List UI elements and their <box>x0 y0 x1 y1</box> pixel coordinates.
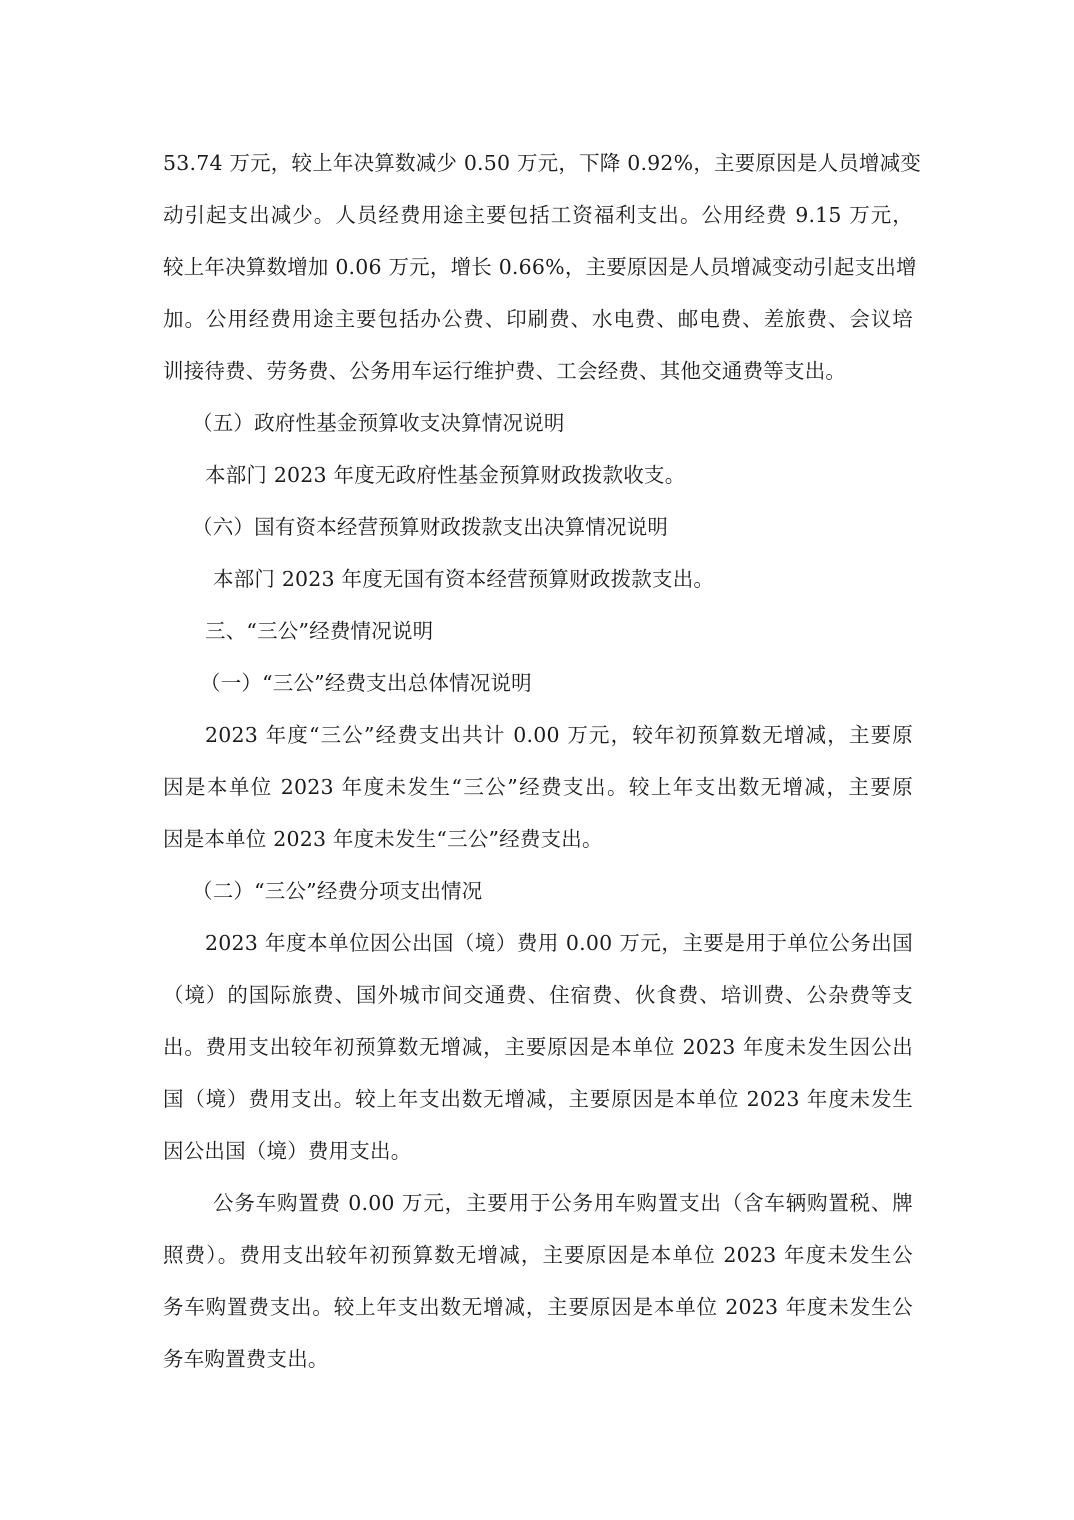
paragraph-line: 国（境）费用支出。较上年支出数无增减，主要原因是本单位 2023 年度未发生 <box>163 1084 913 1114</box>
paragraph-line: 照费）。费用支出较年初预算数无增减，主要原因是本单位 2023 年度未发生公 <box>163 1240 913 1270</box>
paragraph-line: 因是本单位 2023 年度未发生“三公”经费支出。 <box>163 824 913 854</box>
heading-line: （二）“三公”经费分项支出情况 <box>192 876 913 906</box>
paragraph-line: 公务车购置费 0.00 万元，主要用于公务用车购置支出（含车辆购置税、牌 <box>213 1188 913 1218</box>
heading-line: （一）“三公”经费支出总体情况说明 <box>200 668 913 698</box>
heading-line: （六）国有资本经营预算财政拨款支出决算情况说明 <box>192 512 913 542</box>
paragraph-line: 因是本单位 2023 年度未发生“三公”经费支出。较上年支出数无增减，主要原 <box>163 772 913 802</box>
paragraph-line: 出。费用支出较年初预算数无增减，主要原因是本单位 2023 年度未发生因公出 <box>163 1032 913 1062</box>
paragraph-line: 本部门 2023 年度无国有资本经营预算财政拨款支出。 <box>213 564 913 594</box>
heading-line: （五）政府性基金预算收支决算情况说明 <box>192 408 913 438</box>
paragraph-line: 本部门 2023 年度无政府性基金预算财政拨款收支。 <box>205 460 913 490</box>
paragraph-line: 动引起支出减少。人员经费用途主要包括工资福利支出。公用经费 9.15 万元， <box>163 200 913 230</box>
paragraph-line: 加。公用经费用途主要包括办公费、印刷费、水电费、邮电费、差旅费、会议培 <box>163 304 913 334</box>
paragraph-line: （境）的国际旅费、国外城市间交通费、住宿费、伙食费、培训费、公杂费等支 <box>163 980 913 1010</box>
paragraph-line: 2023 年度“三公”经费支出共计 0.00 万元，较年初预算数无增减，主要原 <box>205 720 913 750</box>
paragraph-line: 2023 年度本单位因公出国（境）费用 0.00 万元，主要是用于单位公务出国 <box>205 928 913 958</box>
paragraph-line: 因公出国（境）费用支出。 <box>163 1136 913 1166</box>
paragraph-line: 务车购置费支出。较上年支出数无增减，主要原因是本单位 2023 年度未发生公 <box>163 1292 913 1322</box>
heading-line: 三、“三公”经费情况说明 <box>205 616 913 646</box>
paragraph-line: 务车购置费支出。 <box>163 1344 913 1374</box>
paragraph-line: 训接待费、劳务费、公务用车运行维护费、工会经费、其他交通费等支出。 <box>163 356 913 386</box>
document-page: 53.74 万元，较上年决算数减少 0.50 万元，下降 0.92%，主要原因是… <box>0 0 1074 1520</box>
paragraph-line: 53.74 万元，较上年决算数减少 0.50 万元，下降 0.92%，主要原因是… <box>163 148 913 178</box>
paragraph-line: 较上年决算数增加 0.06 万元，增长 0.66%，主要原因是人员增减变动引起支… <box>163 252 913 282</box>
